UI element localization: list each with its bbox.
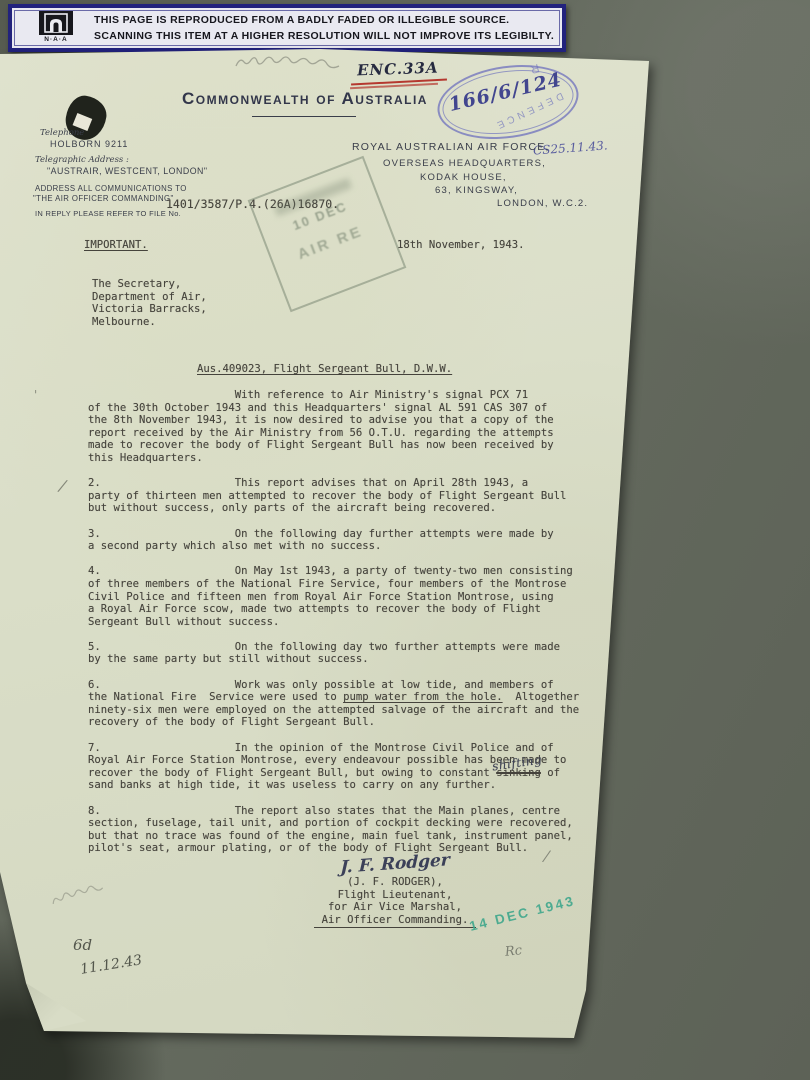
text-line: recovery of the body of Flight Sergeant … <box>88 716 600 729</box>
pencil-margin-slash: / <box>58 476 67 496</box>
text-line: sand banks at high tide, it was useless … <box>88 779 600 792</box>
text-line: 2. This report advises that on April 28t… <box>88 477 600 490</box>
pencil-tick: ' <box>34 388 37 402</box>
subject-line: Aus.409023, Flight Sergeant Bull, D.W.W. <box>197 363 452 376</box>
text-line: 6. Work was only possible at low tide, a… <box>88 679 600 692</box>
letter-body: With reference to Air Ministry's signal … <box>88 389 600 868</box>
signatory-title: Air Officer Commanding. <box>314 914 477 928</box>
struck-word: sinking <box>496 767 541 779</box>
letter-date: 18th November, 1943. <box>397 239 525 252</box>
pencil-note-squiggle <box>47 875 108 910</box>
text-line: made to recover the body of Flight Serge… <box>88 439 600 452</box>
text-line: Civil Police and fifteen men from Royal … <box>88 591 600 604</box>
text-line: Department of Air, <box>92 291 207 304</box>
text-line: a second party which also met with no su… <box>88 540 600 553</box>
document-page: ENC.33A Commonwealth of Australia 166/6/… <box>0 0 810 1080</box>
text-line: a Royal Air Force scow, made two attempt… <box>88 603 600 616</box>
underlined-phrase: pump water from the hole. <box>343 691 502 703</box>
raaf-address-block: ROYAL AUSTRALIAN AIR FORCE,OVERSEAS HEAD… <box>352 141 588 210</box>
corrected-word: shiftingsinking <box>496 767 541 779</box>
text-line: by the same party but still without succ… <box>88 653 600 666</box>
text-line: OVERSEAS HEADQUARTERS, <box>383 158 588 170</box>
text-line: 7. In the opinion of the Montrose Civil … <box>88 742 600 755</box>
pencil-initials: Rc <box>504 943 523 960</box>
text-line: 3. On the following day further attempts… <box>88 528 600 541</box>
communications-note-line-2: "THE AIR OFFICER COMMANDING" <box>33 194 174 203</box>
paper-corner-fold <box>24 979 86 1033</box>
text-line: of the 30th October 1943 and this Headqu… <box>88 402 600 415</box>
telegraphic-address-label: Telegraphic Address : <box>35 155 129 165</box>
recipient-address: The Secretary,Department of Air,Victoria… <box>92 278 207 328</box>
text-line: party of thirteen men attempted to recov… <box>88 490 600 503</box>
signature-block: J. F. Rodger (J. F. RODGER), Flight Lieu… <box>283 854 507 926</box>
text-line: Sergeant Bull without success. <box>88 616 600 629</box>
text-line: the National Fire Service were used to p… <box>88 691 600 704</box>
text-line: 8. The report also states that the Main … <box>88 805 600 818</box>
paragraph: 5. On the following day two further atte… <box>88 641 600 666</box>
text-line: Victoria Barracks, <box>92 303 207 316</box>
important-label: IMPORTANT. <box>84 239 148 252</box>
paragraph: 6. Work was only possible at low tide, a… <box>88 679 600 729</box>
text-line: ROYAL AUSTRALIAN AIR FORCE, <box>352 141 588 153</box>
text-line: 63, KINGSWAY, <box>435 185 588 197</box>
telegraphic-address: "AUSTRAIR, WESTCENT, LONDON" <box>47 166 208 176</box>
heading-rule <box>252 116 356 117</box>
telephone-number: HOLBORN 9211 <box>50 139 128 149</box>
text-line: this Headquarters. <box>88 452 600 465</box>
communications-note-line-1: ADDRESS ALL COMMUNICATIONS TO <box>35 184 187 193</box>
telephone-label: Telephone <box>40 128 84 138</box>
text-line: Melbourne. <box>92 316 207 329</box>
text-line: of three members of the National Fire Se… <box>88 578 600 591</box>
text-line: report received by the Air Ministry from… <box>88 427 600 440</box>
paragraph: With reference to Air Ministry's signal … <box>88 389 600 465</box>
defence-oval-stamp: 166/6/124 DEFENCE R <box>433 56 584 147</box>
text-segment: Altogether <box>503 691 580 703</box>
text-segment: the National Fire Service were used to <box>88 691 343 703</box>
date-note: 11.12.43 <box>79 952 143 978</box>
text-line: LONDON, W.C.2. <box>497 198 588 210</box>
text-segment: of <box>541 767 560 779</box>
text-line: but without success, only parts of the a… <box>88 502 600 515</box>
enclosure-reference: ENC.33A <box>357 59 439 80</box>
paragraph: 3. On the following day further attempts… <box>88 528 600 553</box>
file-reference-label: IN REPLY PLEASE REFER TO FILE No. <box>35 209 181 218</box>
text-segment: recover the body of Flight Sergeant Bull… <box>88 767 496 779</box>
paper-shadow-wrap: ENC.33A Commonwealth of Australia 166/6/… <box>0 0 810 1080</box>
text-line: With reference to Air Ministry's signal … <box>88 389 600 402</box>
pencil-signature-squiggle <box>233 52 345 74</box>
paragraph: 7. In the opinion of the Montrose Civil … <box>88 742 600 792</box>
text-line: ninety-six men were employed on the atte… <box>88 704 600 717</box>
paragraph: 2. This report advises that on April 28t… <box>88 477 600 515</box>
text-line: the 8th November 1943, it is now desired… <box>88 414 600 427</box>
text-line: section, fuselage, tail unit, and portio… <box>88 817 600 830</box>
signatory-rank: Flight Lieutenant, <box>283 889 507 902</box>
text-line: The Secretary, <box>92 278 207 291</box>
paragraph: 8. The report also states that the Main … <box>88 805 600 855</box>
text-line: 5. On the following day two further atte… <box>88 641 600 654</box>
fee-note: 6d <box>73 936 92 954</box>
text-line: but that no trace was found of the engin… <box>88 830 600 843</box>
text-line: 4. On May 1st 1943, a party of twenty-tw… <box>88 565 600 578</box>
text-line: recover the body of Flight Sergeant Bull… <box>88 767 600 780</box>
signatory-for: for Air Vice Marshal, <box>283 901 507 914</box>
text-line: KODAK HOUSE, <box>420 172 588 184</box>
scan-background: N·A·A THIS PAGE IS REPRODUCED FROM A BAD… <box>0 0 810 1080</box>
paragraph: 4. On May 1st 1943, a party of twenty-tw… <box>88 565 600 628</box>
letterhead-heading: Commonwealth of Australia <box>140 89 470 109</box>
